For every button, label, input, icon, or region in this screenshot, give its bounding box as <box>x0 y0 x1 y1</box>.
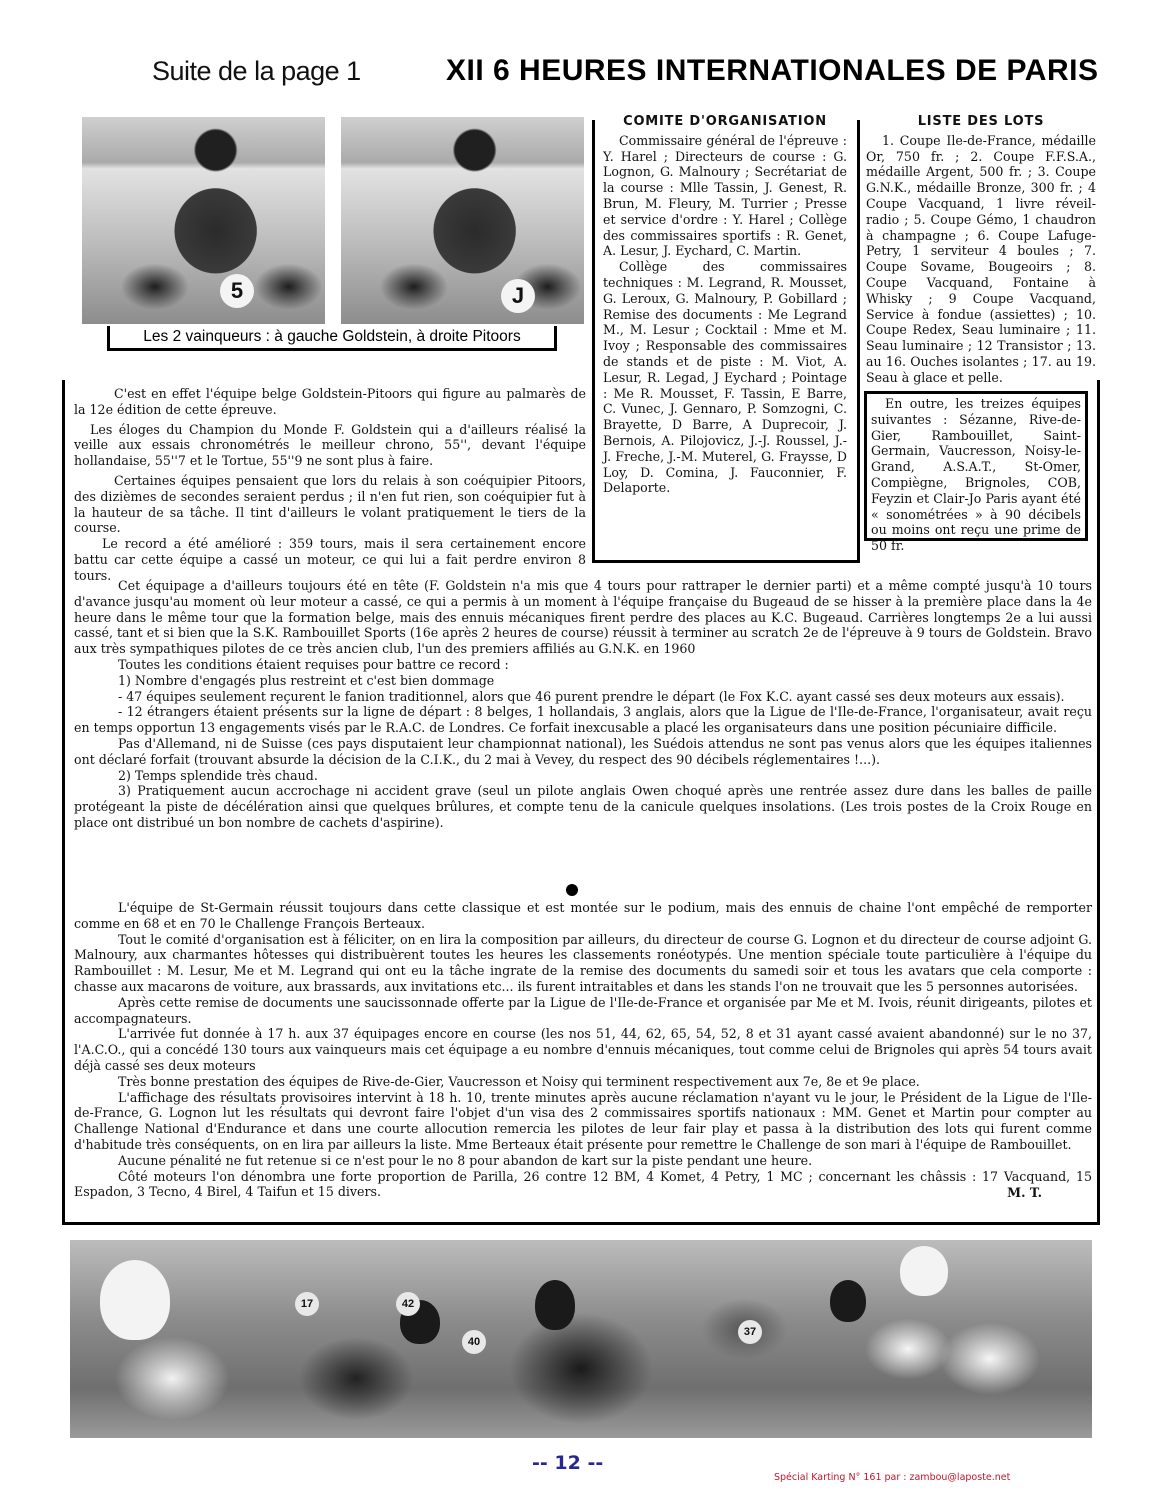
kart-number: 42 <box>396 1292 420 1316</box>
helmet-shape <box>100 1260 170 1340</box>
body-paragraph: Tout le comité d'organisation est à féli… <box>74 932 1092 995</box>
photo-pitoors: J <box>341 117 584 324</box>
lots-heading: LISTE DES LOTS <box>866 114 1096 130</box>
body-paragraph: L'affichage des résultats provisoires in… <box>74 1090 1092 1153</box>
article-intro: C'est en effet l'équipe belge Goldstein-… <box>74 386 586 584</box>
body-paragraph: Aucune pénalité ne fut retenue si ce n'e… <box>74 1153 1092 1169</box>
helmet-shape <box>900 1246 948 1296</box>
article-body-continued: L'équipe de St-Germain réussit toujours … <box>74 900 1092 1201</box>
photo-caption: Les 2 vainqueurs : à gauche Goldstein, à… <box>107 326 557 351</box>
author-signature: M. T. <box>1007 1185 1042 1200</box>
body-paragraph: 1) Nombre d'engagés plus restreint et c'… <box>74 673 1092 689</box>
body-paragraph: Toutes les conditions étaient requises p… <box>74 657 1092 673</box>
body-paragraph: 2) Temps splendide très chaud. <box>74 768 1092 784</box>
intro-paragraph: Certaines équipes pensaient que lors du … <box>74 473 586 536</box>
body-paragraph: Très bonne prestation des équipes de Riv… <box>74 1074 1092 1090</box>
lots-section: LISTE DES LOTS 1. Coupe Ile-de-France, m… <box>866 114 1096 386</box>
race-start-photo: 17 42 40 37 <box>70 1240 1092 1438</box>
section-separator-dot <box>566 884 578 896</box>
intro-paragraph: C'est en effet l'équipe belge Goldstein-… <box>74 386 586 418</box>
photo-goldstein: 5 <box>82 117 325 324</box>
helmet-shape <box>535 1280 575 1330</box>
page-title: XII 6 HEURES INTERNATIONALES DE PARIS <box>446 54 1098 88</box>
comite-paragraph: Commissaire général de l'épreuve : Y. Ha… <box>603 133 847 259</box>
intro-paragraph: Les éloges du Champion du Monde F. Golds… <box>74 422 586 469</box>
body-paragraph: Cet équipage a d'ailleurs toujours été e… <box>74 578 1092 657</box>
photo-image <box>341 117 584 324</box>
kart-number: 37 <box>738 1320 762 1344</box>
page-number: -- 12 -- <box>532 1452 603 1474</box>
body-paragraph: L'arrivée fut donnée à 17 h. aux 37 équi… <box>74 1026 1092 1073</box>
article-body: Cet équipage a d'ailleurs toujours été e… <box>74 578 1092 831</box>
body-paragraph: - 47 équipes seulement reçurent le fanio… <box>74 689 1092 705</box>
body-paragraph: Pas d'Allemand, ni de Suisse (ces pays d… <box>74 736 1092 768</box>
intro-paragraph: Le record a été amélioré : 359 tours, ma… <box>74 536 586 583</box>
lots-list: 1. Coupe Ile-de-France, médaille Or, 750… <box>866 133 1096 386</box>
helmet-shape <box>830 1280 866 1322</box>
kart-number-plate: J <box>501 279 535 313</box>
comite-heading: COMITE D'ORGANISATION <box>603 114 847 130</box>
body-paragraph: 3) Pratiquement aucun accrochage ni acci… <box>74 783 1092 830</box>
kart-number: 17 <box>295 1292 319 1316</box>
photo-image <box>82 117 325 324</box>
body-paragraph: Après cette remise de documents une sauc… <box>74 995 1092 1027</box>
kart-number-plate: 5 <box>220 274 254 308</box>
body-paragraph: - 12 étrangers étaient présents sur la l… <box>74 704 1092 736</box>
kart-number: 40 <box>462 1330 486 1354</box>
publication-credit: Spécial Karting N° 161 par : zambou@lapo… <box>774 1472 1010 1483</box>
continuation-note: Suite de la page 1 <box>152 56 361 87</box>
body-paragraph: L'équipe de St-Germain réussit toujours … <box>74 900 1092 932</box>
